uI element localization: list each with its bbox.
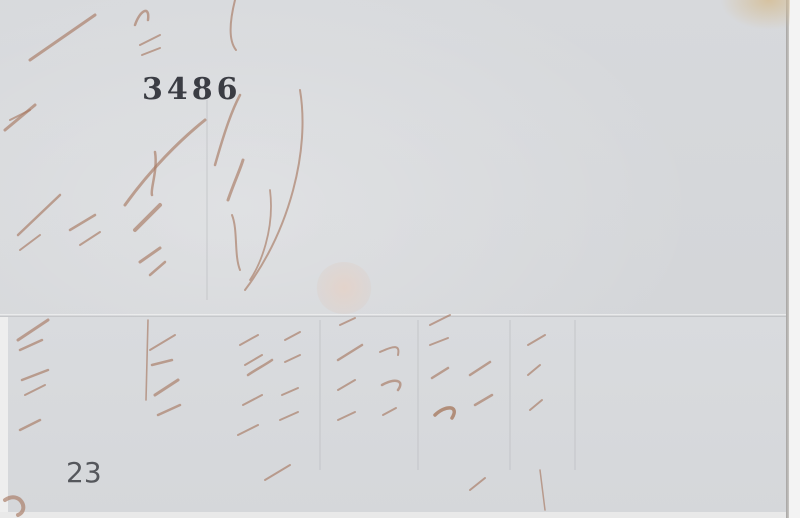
show-through-handwriting (0, 0, 800, 518)
pencil-annotation: 23 (66, 456, 102, 489)
printed-stamp-number: 3486 (142, 72, 242, 107)
